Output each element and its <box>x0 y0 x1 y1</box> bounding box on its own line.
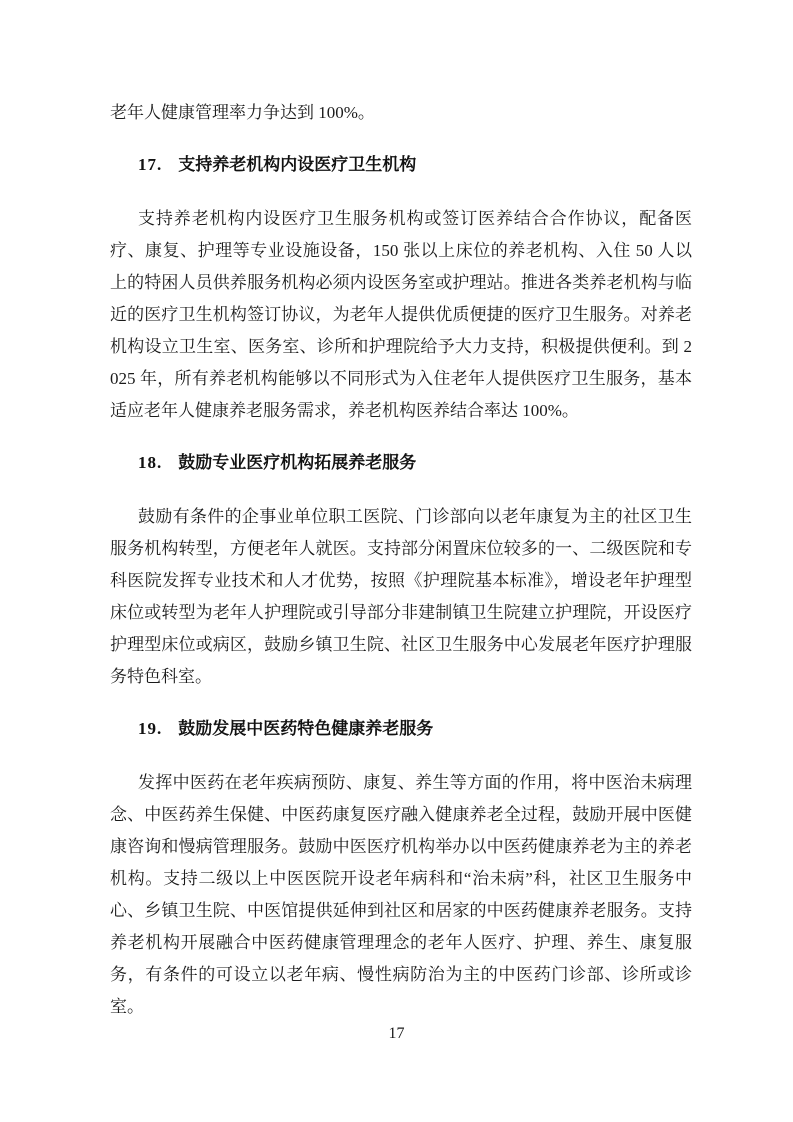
section-18-heading: 18.鼓励专业医疗机构拓展养老服务 <box>110 447 692 479</box>
document-content: 老年人健康管理率力争达到 100%。 17.支持养老机构内设医疗卫生机构 支持养… <box>110 97 692 1023</box>
section-18-title: 鼓励专业医疗机构拓展养老服务 <box>178 453 416 472</box>
section-18: 18.鼓励专业医疗机构拓展养老服务 鼓励有条件的企事业单位职工医院、门诊部向以老… <box>110 447 692 693</box>
section-17-body: 支持养老机构内设医疗卫生服务机构或签订医养结合合作协议，配备医疗、康复、护理等专… <box>110 203 692 427</box>
paragraph-continuation: 老年人健康管理率力争达到 100%。 <box>110 97 692 129</box>
section-18-number: 18. <box>138 453 162 472</box>
page-number: 17 <box>0 1018 793 1050</box>
section-19-number: 19. <box>138 719 162 738</box>
document-page: 老年人健康管理率力争达到 100%。 17.支持养老机构内设医疗卫生机构 支持养… <box>0 0 793 1122</box>
section-19: 19.鼓励发展中医药特色健康养老服务 发挥中医药在老年疾病预防、康复、养生等方面… <box>110 713 692 1023</box>
section-18-body: 鼓励有条件的企事业单位职工医院、门诊部向以老年康复为主的社区卫生服务机构转型，方… <box>110 501 692 693</box>
section-17-heading: 17.支持养老机构内设医疗卫生机构 <box>110 149 692 181</box>
section-19-heading: 19.鼓励发展中医药特色健康养老服务 <box>110 713 692 745</box>
section-17-title: 支持养老机构内设医疗卫生机构 <box>178 155 416 174</box>
section-17: 17.支持养老机构内设医疗卫生机构 支持养老机构内设医疗卫生服务机构或签订医养结… <box>110 149 692 427</box>
section-19-body: 发挥中医药在老年疾病预防、康复、养生等方面的作用，将中医治未病理念、中医药养生保… <box>110 767 692 1023</box>
section-19-title: 鼓励发展中医药特色健康养老服务 <box>178 719 433 738</box>
section-17-number: 17. <box>138 155 162 174</box>
